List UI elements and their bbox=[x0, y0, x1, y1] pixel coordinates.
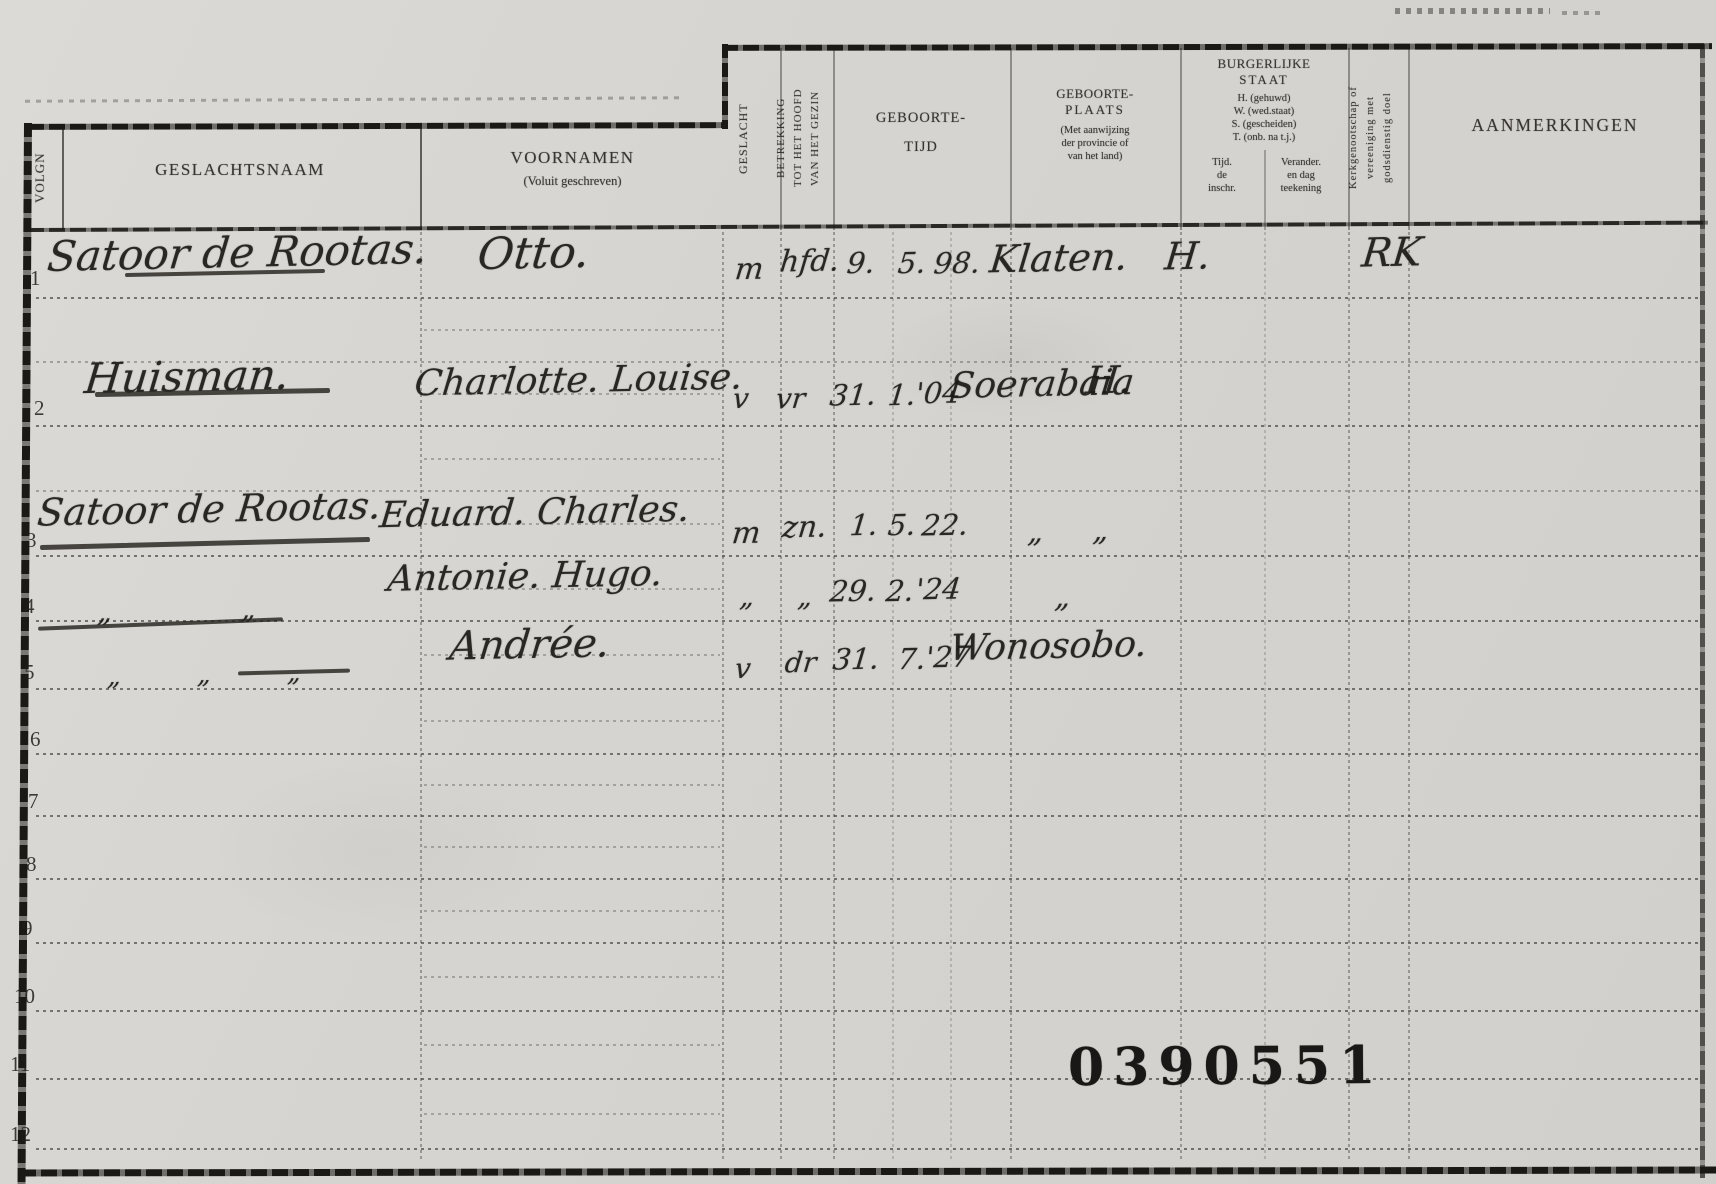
column-header-betrekking-line1: BETREKKING bbox=[775, 52, 787, 224]
birth-year-handwriting: 98. bbox=[932, 246, 982, 281]
half-row-line bbox=[424, 1113, 720, 1115]
staat-code-t: T. (onb. na t.j.) bbox=[1186, 131, 1342, 144]
column-header-geslachtsnaam: GESLACHTSNAAM bbox=[80, 160, 400, 180]
voornamen-sublabel: (Voluit geschreven) bbox=[440, 174, 705, 189]
row-number: 6 bbox=[30, 727, 41, 752]
staat-code-s: S. (gescheiden) bbox=[1186, 118, 1342, 131]
header-separator bbox=[420, 127, 422, 230]
paper-stain bbox=[200, 760, 560, 940]
half-row-line bbox=[424, 910, 720, 912]
birth-month-handwriting: 5. bbox=[896, 246, 927, 281]
firstnames-handwriting: Otto. bbox=[475, 227, 592, 280]
column-header-geboortetijd: GEBOORTE- TIJD bbox=[845, 110, 997, 156]
birth-month-handwriting: 1. bbox=[886, 378, 917, 413]
strikethrough bbox=[40, 537, 370, 550]
column-header-betrekking-line3: VAN HET GEZIN bbox=[809, 52, 821, 224]
header-separator bbox=[833, 48, 835, 230]
relation-handwriting: hfd. bbox=[778, 243, 841, 279]
row-line bbox=[36, 425, 1698, 427]
birthplace-ditto-handwriting: „ „ bbox=[1026, 513, 1110, 550]
sex-handwriting: m bbox=[733, 252, 765, 288]
card-border-top-right bbox=[722, 43, 1712, 51]
half-row-line bbox=[424, 1044, 720, 1046]
surname-ditto-handwriting: „ „ „ bbox=[106, 658, 302, 692]
column-line bbox=[833, 232, 835, 1162]
row-number: 11 bbox=[10, 1052, 30, 1077]
column-line bbox=[1348, 232, 1350, 1162]
birth-day-handwriting: 29. bbox=[828, 574, 878, 609]
firstnames-handwriting: Eduard. Charles. bbox=[378, 489, 692, 536]
column-line bbox=[892, 232, 894, 1162]
civil-status-handwriting: H. bbox=[1163, 234, 1213, 279]
row-number: 8 bbox=[26, 852, 37, 877]
birthplace-handwriting: Wonosobo. bbox=[948, 624, 1149, 669]
column-line bbox=[1264, 232, 1266, 1162]
half-row-line bbox=[424, 846, 720, 848]
row-line bbox=[36, 942, 1698, 944]
scan-artifact-dash bbox=[1395, 8, 1550, 14]
sub-left-line1: Tijd. bbox=[1190, 156, 1254, 169]
sub-right-line3: teekening bbox=[1258, 182, 1344, 195]
half-row-line bbox=[424, 329, 720, 331]
birth-month-handwriting: 2. bbox=[884, 574, 915, 609]
sex-handwriting: v bbox=[733, 652, 752, 685]
row-line bbox=[36, 753, 1698, 755]
birthplace-handwriting: Klaten. bbox=[988, 235, 1130, 282]
geboorteplaats-line2: PLAATS bbox=[1012, 102, 1178, 118]
geboorteplaats-sub2: der provincie of bbox=[1012, 137, 1178, 150]
scan-artifact-dash bbox=[1562, 11, 1604, 15]
column-line bbox=[1408, 232, 1410, 1162]
row-number: 12 bbox=[10, 1122, 31, 1147]
column-header-kerk-line2: vereeniging met bbox=[1365, 50, 1376, 226]
birth-month-handwriting: 5. bbox=[886, 508, 917, 543]
civil-status-handwriting: H. bbox=[1084, 358, 1134, 403]
church-handwriting: RK bbox=[1360, 229, 1425, 276]
relation-handwriting: „ bbox=[796, 580, 814, 613]
subcolumn-header-tijd-inschrijving: Tijd. de inschr. bbox=[1190, 156, 1254, 195]
row-line bbox=[36, 297, 1698, 299]
column-header-geslacht: GESLACHT bbox=[736, 56, 751, 221]
birth-day-handwriting: 1. bbox=[848, 508, 879, 543]
column-header-volgnummer: VOLGN bbox=[32, 132, 48, 224]
column-header-kerk-line3: godsdienstig doel bbox=[1382, 50, 1393, 226]
column-header-voornamen: VOORNAMEN (Voluit geschreven) bbox=[440, 148, 705, 189]
birth-year-handwriting: 22. bbox=[920, 508, 970, 543]
sex-handwriting: v bbox=[731, 382, 750, 415]
card-border-step bbox=[722, 44, 728, 129]
card-border-right bbox=[1700, 44, 1705, 1178]
row-line bbox=[36, 688, 1698, 690]
sex-handwriting: m bbox=[730, 516, 762, 552]
half-row-line bbox=[424, 458, 720, 460]
serial-number-stamp: 0390551 bbox=[1068, 1035, 1385, 1098]
column-header-betrekking-line2: TOT HET HOOFD bbox=[792, 52, 804, 224]
row-line bbox=[36, 815, 1698, 817]
header-separator bbox=[1180, 48, 1182, 230]
column-line bbox=[1180, 232, 1182, 1162]
row-number: 10 bbox=[14, 984, 35, 1009]
population-register-card: VOLGN GESLACHTSNAAM VOORNAMEN (Voluit ge… bbox=[0, 0, 1716, 1184]
sub-right-line1: Verander. bbox=[1258, 156, 1344, 169]
column-header-kerk-line1: Kerkgenootschap of bbox=[1348, 50, 1359, 226]
row-line bbox=[36, 1078, 1698, 1080]
geboortetijd-line2: TIJD bbox=[845, 139, 997, 156]
row-number: 2 bbox=[34, 396, 45, 421]
subcolumn-header-verandering: Verander. en dag teekening bbox=[1258, 156, 1344, 195]
sex-handwriting: „ bbox=[738, 580, 756, 613]
firstnames-handwriting: Antonie. Hugo. bbox=[386, 553, 665, 600]
geboorteplaats-sub1: (Met aanwijzing bbox=[1012, 124, 1178, 137]
staat-code-h: H. (gehuwd) bbox=[1186, 92, 1342, 105]
row-line bbox=[36, 1010, 1698, 1012]
sub-right-line2: en dag bbox=[1258, 169, 1344, 182]
row-number: 7 bbox=[28, 789, 39, 814]
row-number: 9 bbox=[22, 916, 33, 941]
relation-handwriting: dr bbox=[783, 646, 818, 680]
row-line bbox=[36, 878, 1698, 880]
staat-code-w: W. (wed.staat) bbox=[1186, 105, 1342, 118]
row-line bbox=[36, 1148, 1698, 1150]
column-line bbox=[780, 232, 782, 1162]
column-header-burgerlijke-staat: BURGERLIJKE STAAT H. (gehuwd) W. (wed.st… bbox=[1186, 56, 1342, 144]
relation-handwriting: zn. bbox=[780, 510, 828, 546]
firstnames-handwriting: Charlotte. Louise. bbox=[413, 357, 745, 405]
birth-day-handwriting: 31. bbox=[828, 378, 878, 413]
row-number: 4 bbox=[24, 594, 35, 619]
geboortetijd-line1: GEBOORTE- bbox=[845, 110, 997, 127]
birth-month-handwriting: 7. bbox=[896, 642, 927, 677]
burgerlijke-staat-line1: BURGERLIJKE bbox=[1186, 56, 1342, 72]
column-header-aanmerkingen: AANMERKINGEN bbox=[1420, 115, 1690, 136]
column-header-geboorteplaats: GEBOORTE- PLAATS (Met aanwijzing der pro… bbox=[1012, 86, 1178, 163]
birth-year-handwriting: '24 bbox=[914, 572, 962, 607]
firstnames-handwriting: Andrée. bbox=[447, 620, 611, 669]
scan-artifact-line bbox=[25, 96, 685, 102]
voornamen-label: VOORNAMEN bbox=[440, 148, 705, 168]
half-row-line bbox=[424, 720, 720, 722]
header-separator bbox=[62, 127, 64, 230]
half-row-line bbox=[424, 784, 720, 786]
geboorteplaats-line1: GEBOORTE- bbox=[1012, 86, 1178, 102]
row-number: 1 bbox=[30, 266, 41, 291]
geboorteplaats-sub3: van het land) bbox=[1012, 150, 1178, 163]
row-line bbox=[36, 620, 1698, 622]
sub-left-line3: inschr. bbox=[1190, 182, 1254, 195]
header-separator bbox=[1408, 48, 1410, 230]
birth-day-handwriting: 9. bbox=[845, 246, 876, 281]
sub-left-line2: de bbox=[1190, 169, 1254, 182]
birth-day-handwriting: 31. bbox=[831, 642, 881, 677]
burgerlijke-staat-line2: STAAT bbox=[1186, 72, 1342, 88]
card-border-top-left bbox=[28, 122, 728, 130]
birthplace-ditto-handwriting: „ bbox=[1053, 580, 1072, 615]
surname-handwriting: Satoor de Rootas. bbox=[35, 483, 383, 534]
relation-handwriting: vr bbox=[774, 382, 807, 416]
half-row-line bbox=[424, 976, 720, 978]
card-border-bottom bbox=[20, 1167, 1716, 1177]
row-number: 5 bbox=[24, 660, 35, 685]
row-line bbox=[36, 555, 1698, 557]
